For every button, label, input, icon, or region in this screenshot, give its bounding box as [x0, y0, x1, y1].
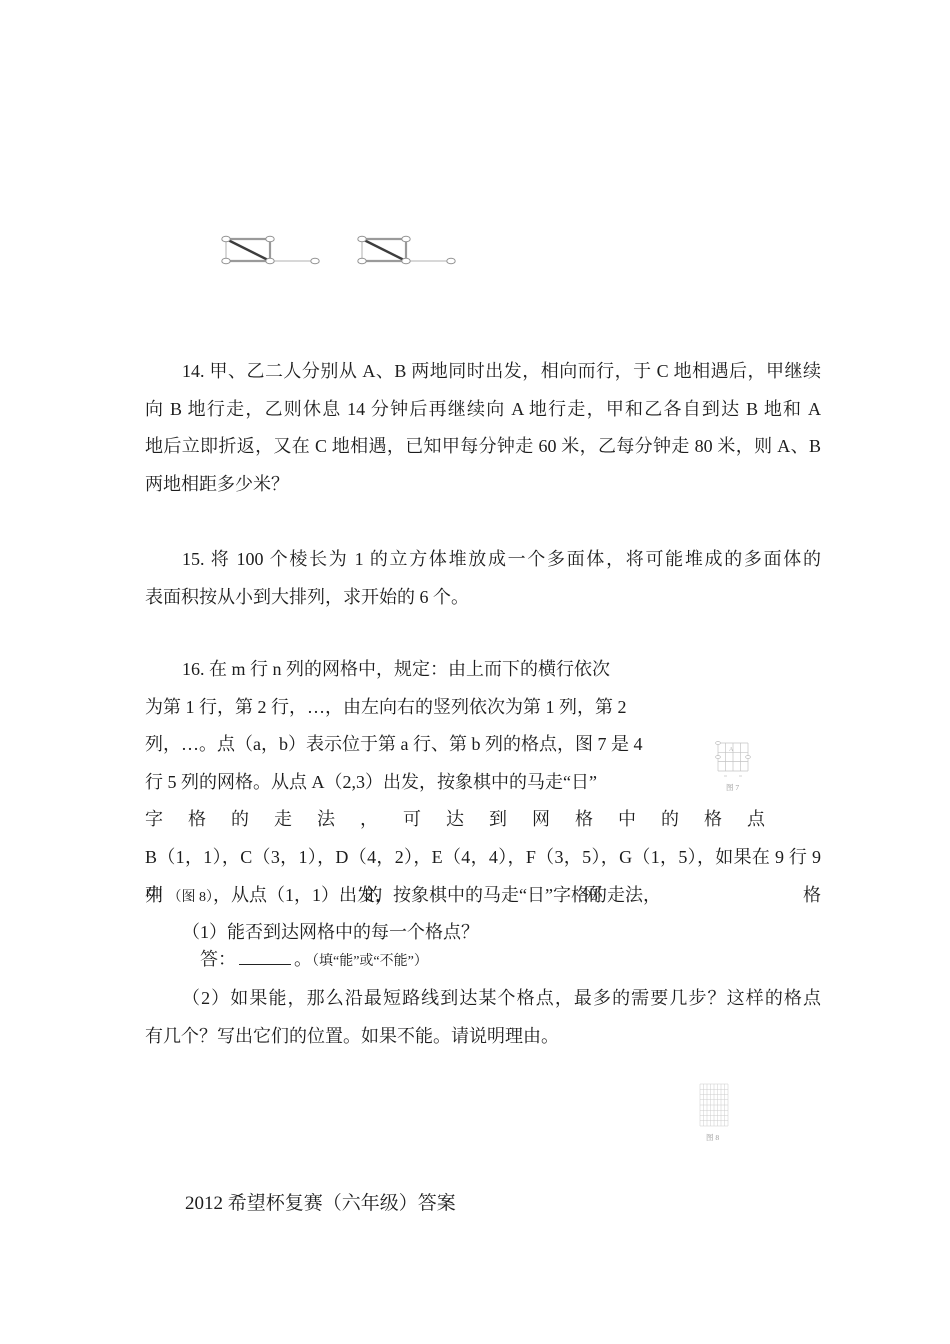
problem-15: 15. 将 100 个棱长为 1 的立方体堆放成一个多面体，将可能堆成的多面体的… [145, 541, 821, 616]
figure-7-grid: A 图 7 [710, 738, 758, 796]
problem-16-answer: 答：。（填“能”或“不能”） [145, 944, 876, 974]
answer-hint: （填“能”或“不能”） [312, 954, 428, 969]
figure-8-caption: 图 8 [706, 1133, 719, 1142]
problem-15-line: 15. 将 100 个棱长为 1 的立方体堆放成一个多面体，将可能堆成的多面体的 [145, 541, 821, 579]
grid9-post: ，从点（1，1）出发，按象棋中的马走“日”字格的走法， [213, 885, 661, 905]
figure-7: A 图 7 [710, 738, 758, 801]
problem-16-points: B（1，1），C（3，1），D（4，2），E（4，4），F（3，5），G（1，5… [145, 839, 821, 914]
problem-14-line: 地后立即折返，又在 C 地相遇，已知甲每分钟走 60 米，乙每分钟走 80 米，… [145, 428, 821, 466]
answer-period: 。 [294, 949, 312, 969]
document-page: { "document": { "footer": "2012 希望杯复赛（六年… [0, 0, 950, 1344]
problem-14-line: 14. 甲、乙二人分别从 A、B 两地同时出发，相向而行，于 C 地相遇后，甲继… [145, 353, 821, 391]
grid-node [716, 742, 721, 745]
grid-node [716, 756, 721, 759]
answer-line: 答：。（填“能”或“不能”） [200, 944, 876, 974]
problem-16-line: B（1，1），C（3，1），D（4，2），E（4，4），F（3，5），G（1，5… [145, 839, 821, 877]
point-a-mark: A [729, 747, 734, 753]
problem-14: 14. 甲、乙二人分别从 A、B 两地同时出发，相向而行，于 C 地相遇后，甲继… [145, 353, 821, 503]
figure-7-caption: 图 7 [726, 783, 739, 792]
problem-16-line: 字格的走法，可达到网格中的格点 [145, 801, 765, 839]
problem-16-line: 16. 在 m 行 n 列的网格中，规定：由上而下的横行依次 [145, 651, 821, 689]
problem-14-line: 两地相距多少米？ [145, 466, 821, 504]
problem-16-line: 为第 1 行，第 2 行，…，由左向右的竖列依次为第 1 列，第 2 [145, 689, 821, 727]
figure-8-reference: （图 8） [168, 890, 214, 905]
problem-14-line: 向 B 地行走，乙则休息 14 分钟后再继续向 A 地行走，甲和乙各自到达 B … [145, 391, 821, 429]
answer-label: 答： [200, 949, 236, 969]
answers-section-title: 2012 希望杯复赛（六年级）答案 [185, 1192, 456, 1216]
grid-node [746, 756, 751, 759]
problem-16-q2: （2）如果能，那么沿最短路线到达某个格点，最多的需要几步？这样的格点 有几个？写… [145, 980, 821, 1055]
figure-8-grid: 图 8 [694, 1080, 738, 1146]
answer-blank-field [239, 946, 291, 965]
figure-8: 图 8 [694, 1080, 738, 1151]
question-2-line: 有几个？写出它们的位置。如果不能。请说明理由。 [145, 1018, 821, 1056]
grid9-pre: 中 [145, 885, 168, 905]
graph-diagram-2 [358, 236, 455, 264]
knight-move-graph-diagrams [216, 228, 462, 275]
graph-diagram-1 [222, 236, 319, 264]
graph-diagrams-svg [216, 228, 462, 270]
problem-15-line: 表面积按从小到大排列，求开始的 6 个。 [145, 579, 821, 617]
question-2-line: （2）如果能，那么沿最短路线到达某个格点，最多的需要几步？这样的格点 [145, 980, 821, 1018]
